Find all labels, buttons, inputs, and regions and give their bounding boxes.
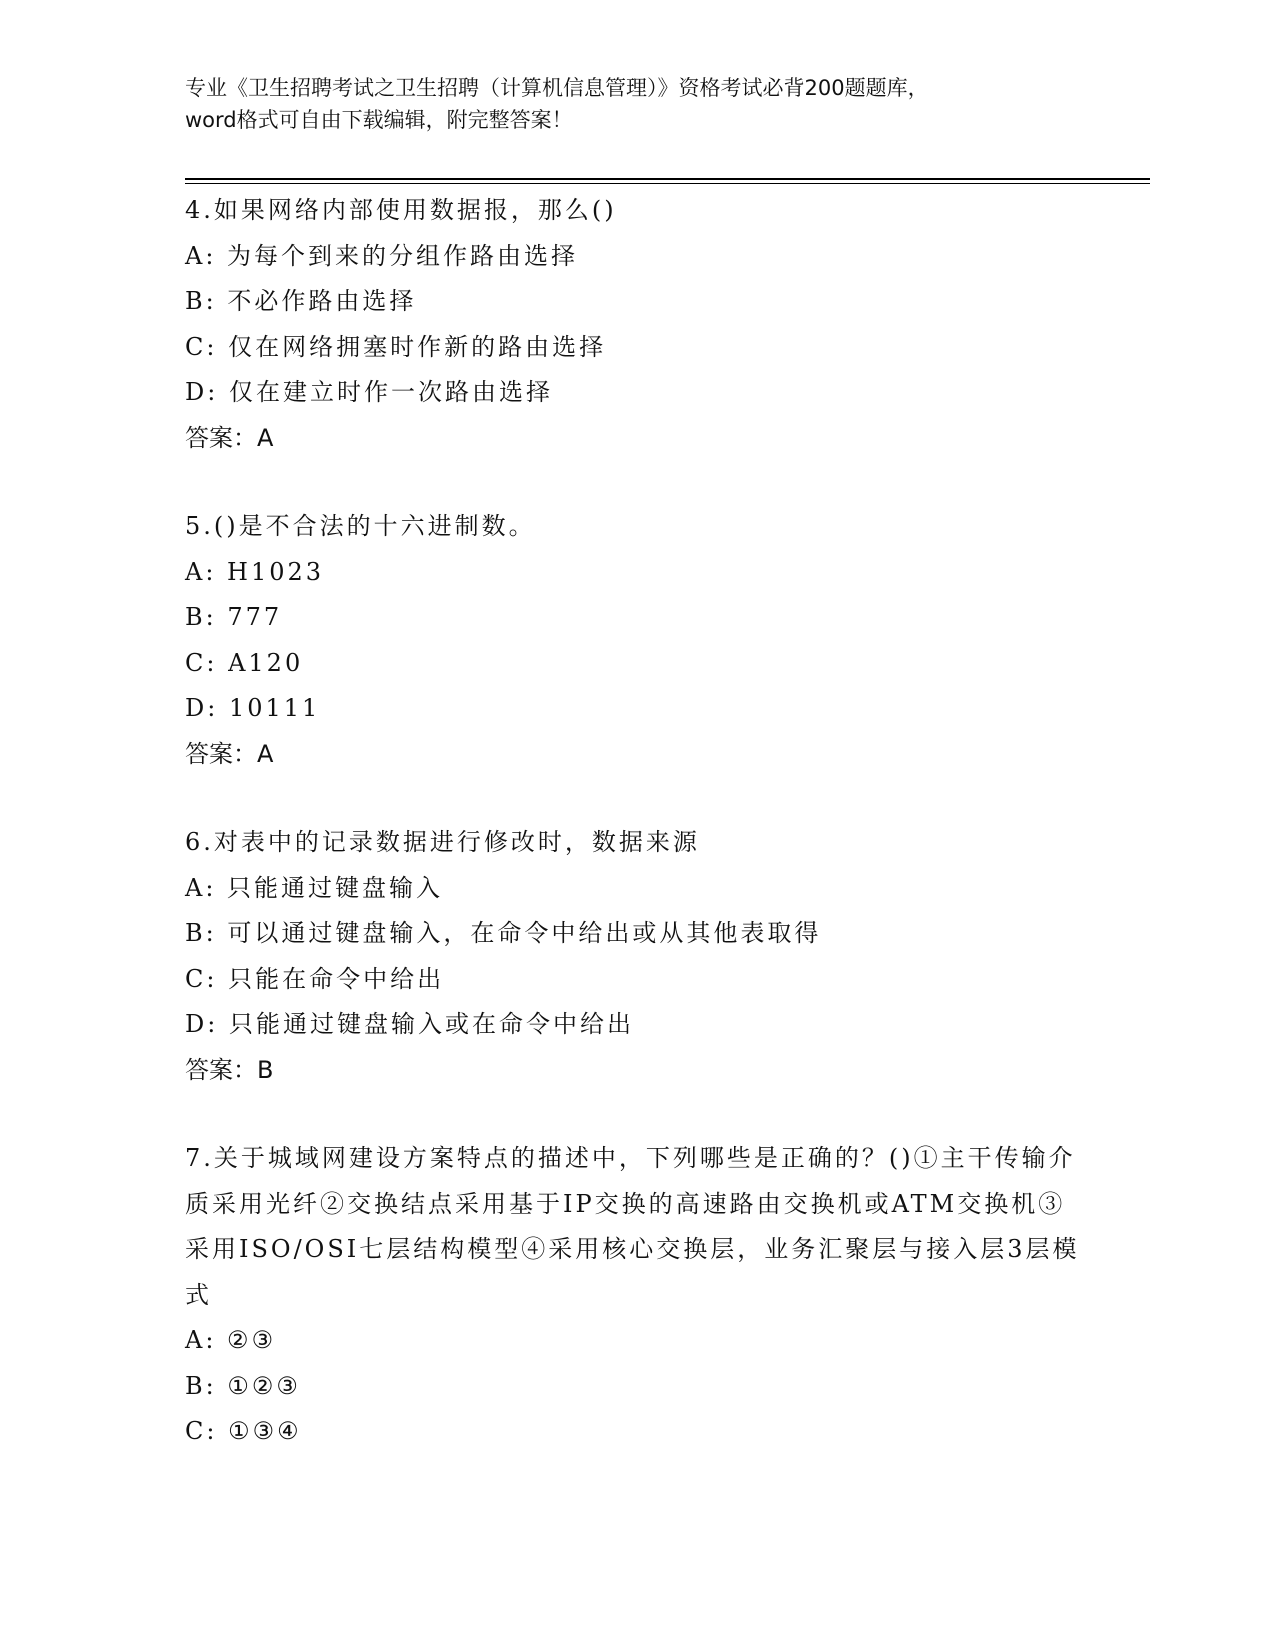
- header-line-1: 专业《卫生招聘考试之卫生招聘（计算机信息管理）》资格考试必背200题题库，: [185, 72, 1085, 104]
- option-b: B: ①②③: [185, 1364, 1085, 1410]
- header-line-2: word格式可自由下载编辑，附完整答案！: [185, 104, 1085, 136]
- answer: 答案：B: [185, 1048, 1085, 1094]
- option-a: A: 只能通过键盘输入: [185, 866, 1085, 912]
- question-6: 6.对表中的记录数据进行修改时，数据来源 A: 只能通过键盘输入 B: 可以通过…: [185, 820, 1085, 1093]
- question-text: 4.如果网络内部使用数据报，那么(): [185, 188, 1085, 234]
- option-c: C: A120: [185, 641, 1085, 687]
- option-a: A: 为每个到来的分组作路由选择: [185, 234, 1085, 280]
- option-a: A: H1023: [185, 550, 1085, 596]
- option-b: B: 不必作路由选择: [185, 279, 1085, 325]
- option-a: A: ②③: [185, 1318, 1085, 1364]
- option-d: D: 仅在建立时作一次路由选择: [185, 370, 1085, 416]
- question-5: 5.()是不合法的十六进制数。 A: H1023 B: 777 C: A120 …: [185, 504, 1085, 777]
- option-d: D: 10111: [185, 686, 1085, 732]
- header-rule-thin: [185, 183, 1150, 184]
- option-c: C: ①③④: [185, 1409, 1085, 1455]
- question-text: 7.关于城域网建设方案特点的描述中，下列哪些是正确的？()①主干传输介质采用光纤…: [185, 1136, 1085, 1318]
- answer: 答案：A: [185, 732, 1085, 778]
- header-rule-thick: [185, 178, 1150, 180]
- question-list: 4.如果网络内部使用数据报，那么() A: 为每个到来的分组作路由选择 B: 不…: [185, 188, 1085, 1498]
- question-text: 6.对表中的记录数据进行修改时，数据来源: [185, 820, 1085, 866]
- option-d: D: 只能通过键盘输入或在命令中给出: [185, 1002, 1085, 1048]
- option-b: B: 777: [185, 595, 1085, 641]
- question-7: 7.关于城域网建设方案特点的描述中，下列哪些是正确的？()①主干传输介质采用光纤…: [185, 1136, 1085, 1455]
- answer: 答案：A: [185, 416, 1085, 462]
- question-4: 4.如果网络内部使用数据报，那么() A: 为每个到来的分组作路由选择 B: 不…: [185, 188, 1085, 461]
- question-text: 5.()是不合法的十六进制数。: [185, 504, 1085, 550]
- option-c: C: 只能在命令中给出: [185, 957, 1085, 1003]
- option-c: C: 仅在网络拥塞时作新的路由选择: [185, 325, 1085, 371]
- document-header: 专业《卫生招聘考试之卫生招聘（计算机信息管理）》资格考试必背200题题库， wo…: [185, 72, 1085, 136]
- option-b: B: 可以通过键盘输入，在命令中给出或从其他表取得: [185, 911, 1085, 957]
